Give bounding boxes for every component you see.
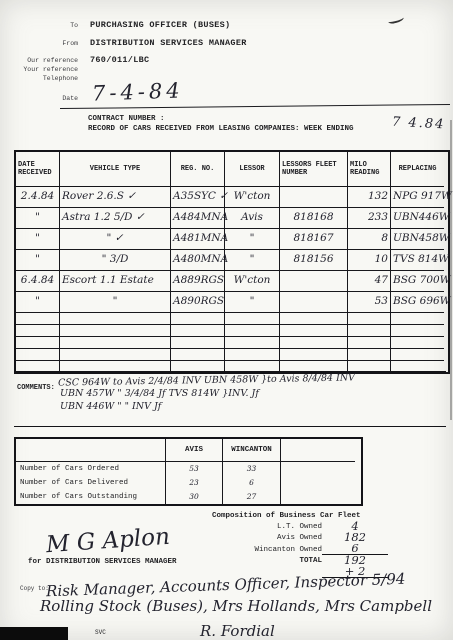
comment-line-2: UBN 457W " 3/4/84 Jf TVS 814W }INV. Jf <box>60 388 259 399</box>
cell-reg: A481MNA <box>171 229 225 250</box>
cell-empty <box>391 313 444 325</box>
cell-vehicle: Escort 1.1 Estate <box>60 271 171 292</box>
copy-to-label: Copy to: <box>20 585 49 592</box>
cell-empty <box>16 337 60 349</box>
cell-empty <box>391 337 444 349</box>
cell-fleet-no: 818168 <box>280 208 348 229</box>
cell-empty <box>280 313 348 325</box>
comments-label: COMMENTS: <box>17 384 55 392</box>
cell-fleet-no: 818156 <box>280 250 348 271</box>
cell-replacing: TVS 814W <box>391 250 444 271</box>
table-row-empty <box>16 325 448 337</box>
contract-number-line: CONTRACT NUMBER : <box>88 115 165 123</box>
cell-empty <box>280 325 348 337</box>
cell-empty <box>280 337 348 349</box>
summary-wincanton-value: 33 <box>223 462 281 476</box>
cell-empty <box>225 325 280 337</box>
scan-edge-artifact <box>450 120 452 420</box>
cell-empty <box>348 349 391 361</box>
comment-line-3: UBN 446W " " INV Jf <box>60 401 161 412</box>
cell-empty <box>391 349 444 361</box>
date-label: Date <box>18 95 78 102</box>
our-reference-label: Our reference <box>18 57 78 64</box>
cell-empty <box>171 313 225 325</box>
fleet-row-total: TOTAL 192 <box>212 555 412 566</box>
table-row: 2.4.84 Rover 2.6.S ✓ A35SYC ✓ W'cton 132… <box>16 187 448 208</box>
telephone-label: Telephone <box>18 75 78 82</box>
signature-for-line: for DISTRIBUTION SERVICES MANAGER <box>28 558 177 566</box>
summary-wincanton-value: 6 <box>223 476 281 490</box>
cell-empty <box>16 349 60 361</box>
summary-wincanton-value: 27 <box>223 490 281 504</box>
to-label: To <box>18 22 78 29</box>
cell-empty <box>60 325 171 337</box>
summary-header-blank <box>16 439 166 462</box>
cell-milo: 10 <box>348 250 391 271</box>
cell-reg: A484MNA <box>171 208 225 229</box>
cell-date: 2.4.84 <box>16 187 60 208</box>
summary-blank-cell <box>281 462 355 476</box>
table-row-empty <box>16 349 448 361</box>
cell-lessor: " <box>225 292 280 313</box>
cell-date: " <box>16 229 60 250</box>
cell-empty <box>171 337 225 349</box>
cell-date: " <box>16 250 60 271</box>
summary-row-outstanding: Number of Cars Outstanding 30 27 <box>16 490 361 504</box>
summary-row-ordered: Number of Cars Ordered 53 33 <box>16 462 361 476</box>
copy-extra-name: R. Fordial <box>200 622 275 640</box>
cell-lessor: Avis <box>225 208 280 229</box>
record-subject-line: RECORD OF CARS RECEIVED FROM LEASING COM… <box>88 125 354 133</box>
cell-empty <box>16 313 60 325</box>
cars-summary-table: AVIS WINCANTON Number of Cars Ordered 53… <box>14 437 363 506</box>
rule-under-date <box>60 104 450 109</box>
reference-value: 760/011/LBC <box>90 55 149 65</box>
your-reference-label: Your reference <box>18 66 78 73</box>
fleet-label: Avis Owned <box>212 533 322 544</box>
cell-empty <box>225 313 280 325</box>
cars-received-table: DATE RECEIVED VEHICLE TYPE REG. NO. LESS… <box>14 150 450 374</box>
cell-empty <box>225 349 280 361</box>
summary-blank-cell <box>281 490 355 504</box>
date-handwritten: 7-4-84 <box>92 78 184 105</box>
scanned-memo-page: To PURCHASING OFFICER (BUSES) From DISTR… <box>0 0 453 640</box>
fleet-row: Avis Owned 182 <box>212 532 412 543</box>
cell-fleet-no <box>280 292 348 313</box>
cell-empty <box>60 313 171 325</box>
cell-fleet-no <box>280 271 348 292</box>
cell-empty <box>171 349 225 361</box>
fleet-composition-block: Composition of Business Car Fleet L.T. O… <box>212 512 412 578</box>
cell-empty <box>280 349 348 361</box>
summary-blank-cell <box>281 476 355 490</box>
cell-replacing: BSG 700W <box>391 271 444 292</box>
cell-milo: 47 <box>348 271 391 292</box>
cell-empty <box>171 325 225 337</box>
header-lessor: LESSOR <box>225 152 280 187</box>
cell-empty <box>60 337 171 349</box>
table-row: " " A890RGS " 53 BSG 696W <box>16 292 448 313</box>
table-row: " Astra 1.2 5/D ✓ A484MNA Avis 818168 23… <box>16 208 448 229</box>
header-replacing: REPLACING <box>391 152 444 187</box>
cell-vehicle: Astra 1.2 5/D ✓ <box>60 208 171 229</box>
cell-replacing: UBN458W <box>391 229 444 250</box>
header-vehicle-type: VEHICLE TYPE <box>60 152 171 187</box>
summary-label: Number of Cars Outstanding <box>16 490 166 504</box>
table-row-empty <box>16 337 448 349</box>
cell-milo: 132 <box>348 187 391 208</box>
cell-date: 6.4.84 <box>16 271 60 292</box>
cell-date: " <box>16 292 60 313</box>
summary-header-row: AVIS WINCANTON <box>16 439 361 462</box>
header-milo-reading: MILO READING <box>348 152 391 187</box>
cell-lessor: " <box>225 250 280 271</box>
table-row: " " 3/D A480MNA " 818156 10 TVS 814W <box>16 250 448 271</box>
from-label: From <box>18 40 78 47</box>
cell-replacing: BSG 696W <box>391 292 444 313</box>
summary-avis-value: 30 <box>166 490 223 504</box>
summary-label: Number of Cars Ordered <box>16 462 166 476</box>
cell-vehicle: Rover 2.6.S ✓ <box>60 187 171 208</box>
cell-reg: A35SYC ✓ <box>171 187 225 208</box>
header-reg-no: REG. NO. <box>171 152 225 187</box>
cell-lessor: " <box>225 229 280 250</box>
cell-empty <box>225 337 280 349</box>
summary-avis-value: 53 <box>166 462 223 476</box>
copy-line-2: Rolling Stock (Buses), Mrs Hollands, Mrs… <box>40 597 432 615</box>
summary-header-avis: AVIS <box>166 439 223 462</box>
cell-replacing: NPG 917W <box>391 187 444 208</box>
from-value: DISTRIBUTION SERVICES MANAGER <box>90 38 247 48</box>
svc-label: SVC <box>95 629 106 636</box>
cell-lessor: W'cton <box>225 271 280 292</box>
pen-mark-icon <box>387 14 404 24</box>
table-row-empty <box>16 313 448 325</box>
cell-milo: 8 <box>348 229 391 250</box>
cell-reg: A890RGS <box>171 292 225 313</box>
fleet-title: Composition of Business Car Fleet <box>212 512 412 520</box>
summary-label: Number of Cars Delivered <box>16 476 166 490</box>
cell-empty <box>391 325 444 337</box>
comment-line-1: CSC 964W to Avis 2/4/84 INV UBN 458W }to… <box>58 372 355 388</box>
cell-vehicle: " 3/D <box>60 250 171 271</box>
summary-row-delivered: Number of Cars Delivered 23 6 <box>16 476 361 490</box>
cell-milo: 233 <box>348 208 391 229</box>
summary-avis-value: 23 <box>166 476 223 490</box>
to-value: PURCHASING OFFICER (BUSES) <box>90 20 230 30</box>
cell-date: " <box>16 208 60 229</box>
cell-empty <box>16 325 60 337</box>
header-date-received: DATE RECEIVED <box>16 152 60 187</box>
cell-fleet-no <box>280 187 348 208</box>
fleet-label: Wincanton Owned <box>212 545 322 556</box>
summary-header-wincanton: WINCANTON <box>223 439 281 462</box>
cell-milo: 53 <box>348 292 391 313</box>
table-row: 6.4.84 Escort 1.1 Estate A889RGS W'cton … <box>16 271 448 292</box>
cell-empty <box>348 313 391 325</box>
cell-lessor: W'cton <box>225 187 280 208</box>
fleet-label: L.T. Owned <box>212 522 322 533</box>
cell-reg: A480MNA <box>171 250 225 271</box>
scan-black-bar-artifact <box>0 627 68 640</box>
cell-reg: A889RGS <box>171 271 225 292</box>
cell-fleet-no: 818167 <box>280 229 348 250</box>
cell-empty <box>348 325 391 337</box>
fleet-total-label: TOTAL <box>212 556 322 567</box>
table-header-row: DATE RECEIVED VEHICLE TYPE REG. NO. LESS… <box>16 152 448 187</box>
summary-header-blank2 <box>281 439 355 462</box>
header-lessors-fleet-number: LESSORS FLEET NUMBER <box>280 152 348 187</box>
table-row: " " ✓ A481MNA " 818167 8 UBN458W <box>16 229 448 250</box>
cell-empty <box>60 349 171 361</box>
signature-script: M G Aplon <box>45 524 170 559</box>
comments-section: COMMENTS: CSC 964W to Avis 2/4/84 INV UB… <box>14 371 446 427</box>
cell-empty <box>348 337 391 349</box>
fleet-row: Wincanton Owned 6 <box>212 543 412 555</box>
fleet-row: L.T. Owned 4 <box>212 521 412 532</box>
cell-vehicle: " ✓ <box>60 229 171 250</box>
week-ending-handwritten: 7 4.84 <box>392 115 446 133</box>
cell-vehicle: " <box>60 292 171 313</box>
cell-replacing: UBN446W <box>391 208 444 229</box>
